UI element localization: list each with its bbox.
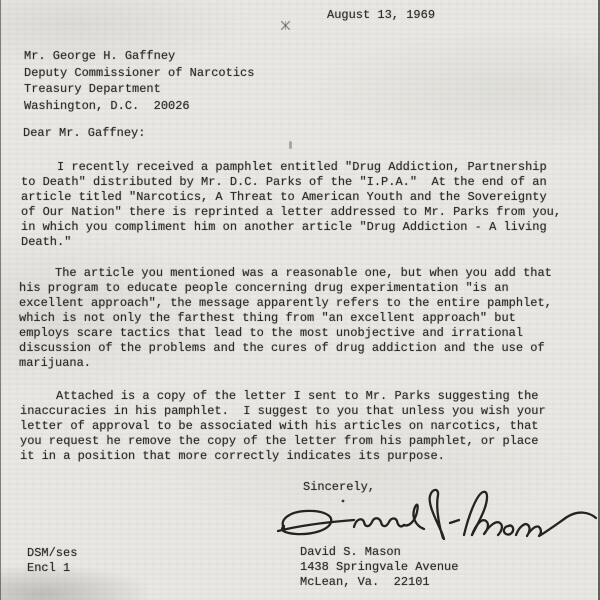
ink-smudge: [289, 141, 292, 149]
handwritten-signature: [276, 488, 600, 550]
recipient-address: Mr. George H. Gaffney Deputy Commissione…: [24, 48, 254, 114]
paragraph-2: The article you mentioned was a reasonab…: [19, 266, 552, 371]
paragraph-1: I recently received a pamphlet entitled …: [21, 160, 561, 250]
scan-edge-left: [0, 0, 1, 600]
letter-date: August 13, 1969: [327, 8, 435, 23]
salutation: Dear Mr. Gaffney:: [23, 126, 145, 141]
scanned-letter-page: August 13, 1969 Mr. George H. Gaffney De…: [0, 0, 600, 600]
ink-smudge: [281, 21, 290, 30]
typed-signature-block: David S. Mason 1438 Springvale Avenue Mc…: [300, 545, 458, 590]
reference-initials-enclosure: DSM/ses Encl 1: [27, 546, 77, 576]
paragraph-3: Attached is a copy of the letter I sent …: [20, 389, 546, 464]
